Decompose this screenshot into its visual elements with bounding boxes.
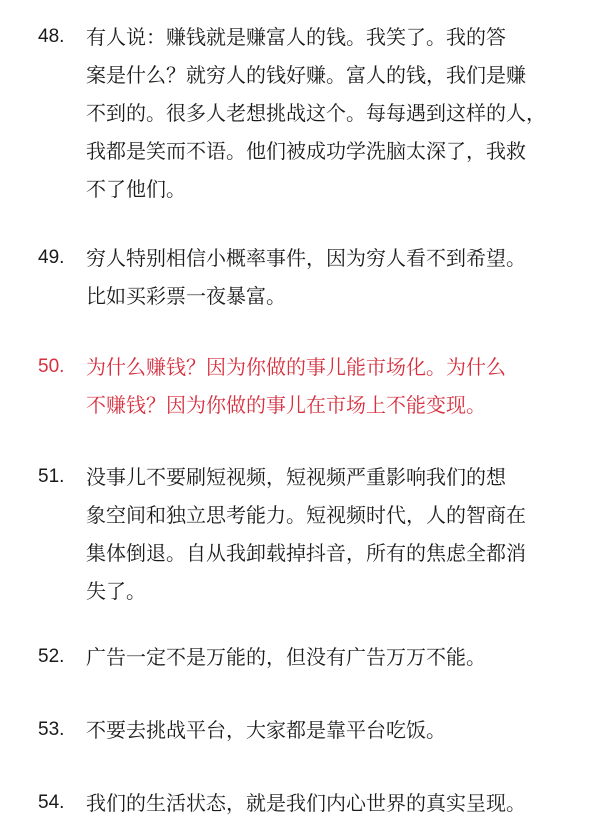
list-item-48: 48. 有人说：赚钱就是赚富人的钱。我笑了。我的答 案是什么？就穷人的钱好赚。富… — [38, 18, 558, 208]
list-item-50-highlighted: 50. 为什么赚钱？因为你做的事儿能市场化。为什么 不赚钱？因为你做的事儿在市场… — [38, 348, 558, 424]
item-number: 48. — [38, 18, 64, 56]
item-text: 广告一定不是万能的，但没有广告万万不能。 — [86, 638, 558, 676]
item-text: 有人说：赚钱就是赚富人的钱。我笑了。我的答 案是什么？就穷人的钱好赚。富人的钱，… — [86, 18, 558, 208]
item-number: 51. — [38, 458, 64, 496]
item-text: 不要去挑战平台，大家都是靠平台吃饭。 — [86, 711, 558, 749]
item-text: 没事儿不要刷短视频，短视频严重影响我们的想 象空间和独立思考能力。短视频时代，人… — [86, 458, 558, 610]
item-text: 我们的生活状态，就是我们内心世界的真实呈现。 — [86, 784, 558, 822]
document-page: 48. 有人说：赚钱就是赚富人的钱。我笑了。我的答 案是什么？就穷人的钱好赚。富… — [0, 0, 600, 837]
item-text: 为什么赚钱？因为你做的事儿能市场化。为什么 不赚钱？因为你做的事儿在市场上不能变… — [86, 348, 558, 424]
item-number: 50. — [38, 348, 64, 386]
item-text: 穷人特别相信小概率事件，因为穷人看不到希望。 比如买彩票一夜暴富。 — [86, 239, 558, 315]
item-number: 54. — [38, 784, 64, 822]
item-number: 52. — [38, 638, 64, 676]
list-item-54: 54. 我们的生活状态，就是我们内心世界的真实呈现。 — [38, 784, 558, 822]
list-item-49: 49. 穷人特别相信小概率事件，因为穷人看不到希望。 比如买彩票一夜暴富。 — [38, 239, 558, 315]
list-item-51: 51. 没事儿不要刷短视频，短视频严重影响我们的想 象空间和独立思考能力。短视频… — [38, 458, 558, 610]
list-item-53: 53. 不要去挑战平台，大家都是靠平台吃饭。 — [38, 711, 558, 749]
item-number: 53. — [38, 711, 64, 749]
list-item-52: 52. 广告一定不是万能的，但没有广告万万不能。 — [38, 638, 558, 676]
item-number: 49. — [38, 239, 64, 277]
